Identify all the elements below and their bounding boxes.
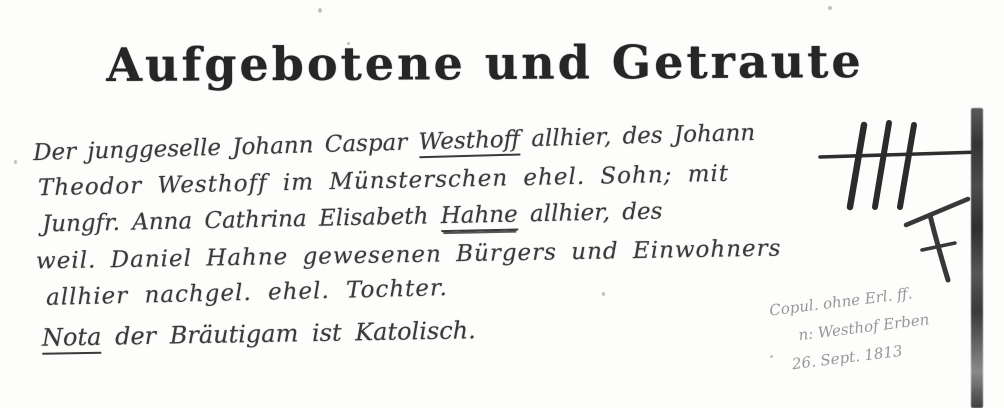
page-title: Aufgebotene und Getraute xyxy=(90,34,880,92)
entry-line-6: Nota der Bräutigam ist Katolisch. xyxy=(42,316,476,352)
nota-underlined: Nota xyxy=(42,323,102,355)
scan-edge-shadow xyxy=(971,108,983,408)
bride-surname-underlined: Hahne xyxy=(440,202,518,233)
scanned-register-page: Aufgebotene und Getraute Der junggeselle… xyxy=(0,0,1004,408)
entry-line-3: Jungfr. Anna Cathrina Elisabeth Hahne al… xyxy=(42,199,663,238)
entry-line-2: Theodor Westhoff im Münsterschen ehel. S… xyxy=(38,161,730,201)
paper-speckle xyxy=(828,6,832,10)
entry-line-5: allhier nachgel. ehel. Tochter. xyxy=(46,275,448,311)
groom-surname-underlined: Westhoff xyxy=(418,126,520,158)
entry-line-1: Der junggeselle Johann Caspar Westhoff a… xyxy=(33,120,756,166)
paper-speckle xyxy=(602,292,605,296)
entry-line-3-post: allhier, des xyxy=(530,199,663,228)
entry-line-6-text: der Bräutigam ist Katolisch. xyxy=(115,316,476,350)
marginal-annotation: Copul. ohne Erl. ff. n: Westhof Erben 26… xyxy=(768,271,997,380)
entry-line-1-post: allhier, des Johann xyxy=(531,120,756,152)
paper-speckle xyxy=(347,42,350,45)
paper-speckle xyxy=(14,160,17,164)
paper-speckle xyxy=(770,355,773,358)
paper-speckle xyxy=(318,8,322,13)
entry-line-1-pre: Der junggeselle Johann Caspar xyxy=(33,130,408,166)
entry-line-4: weil. Daniel Hahne gewesenen Bürgers und… xyxy=(36,235,782,274)
entry-line-3-pre: Jungfr. Anna Cathrina Elisabeth xyxy=(42,203,429,237)
